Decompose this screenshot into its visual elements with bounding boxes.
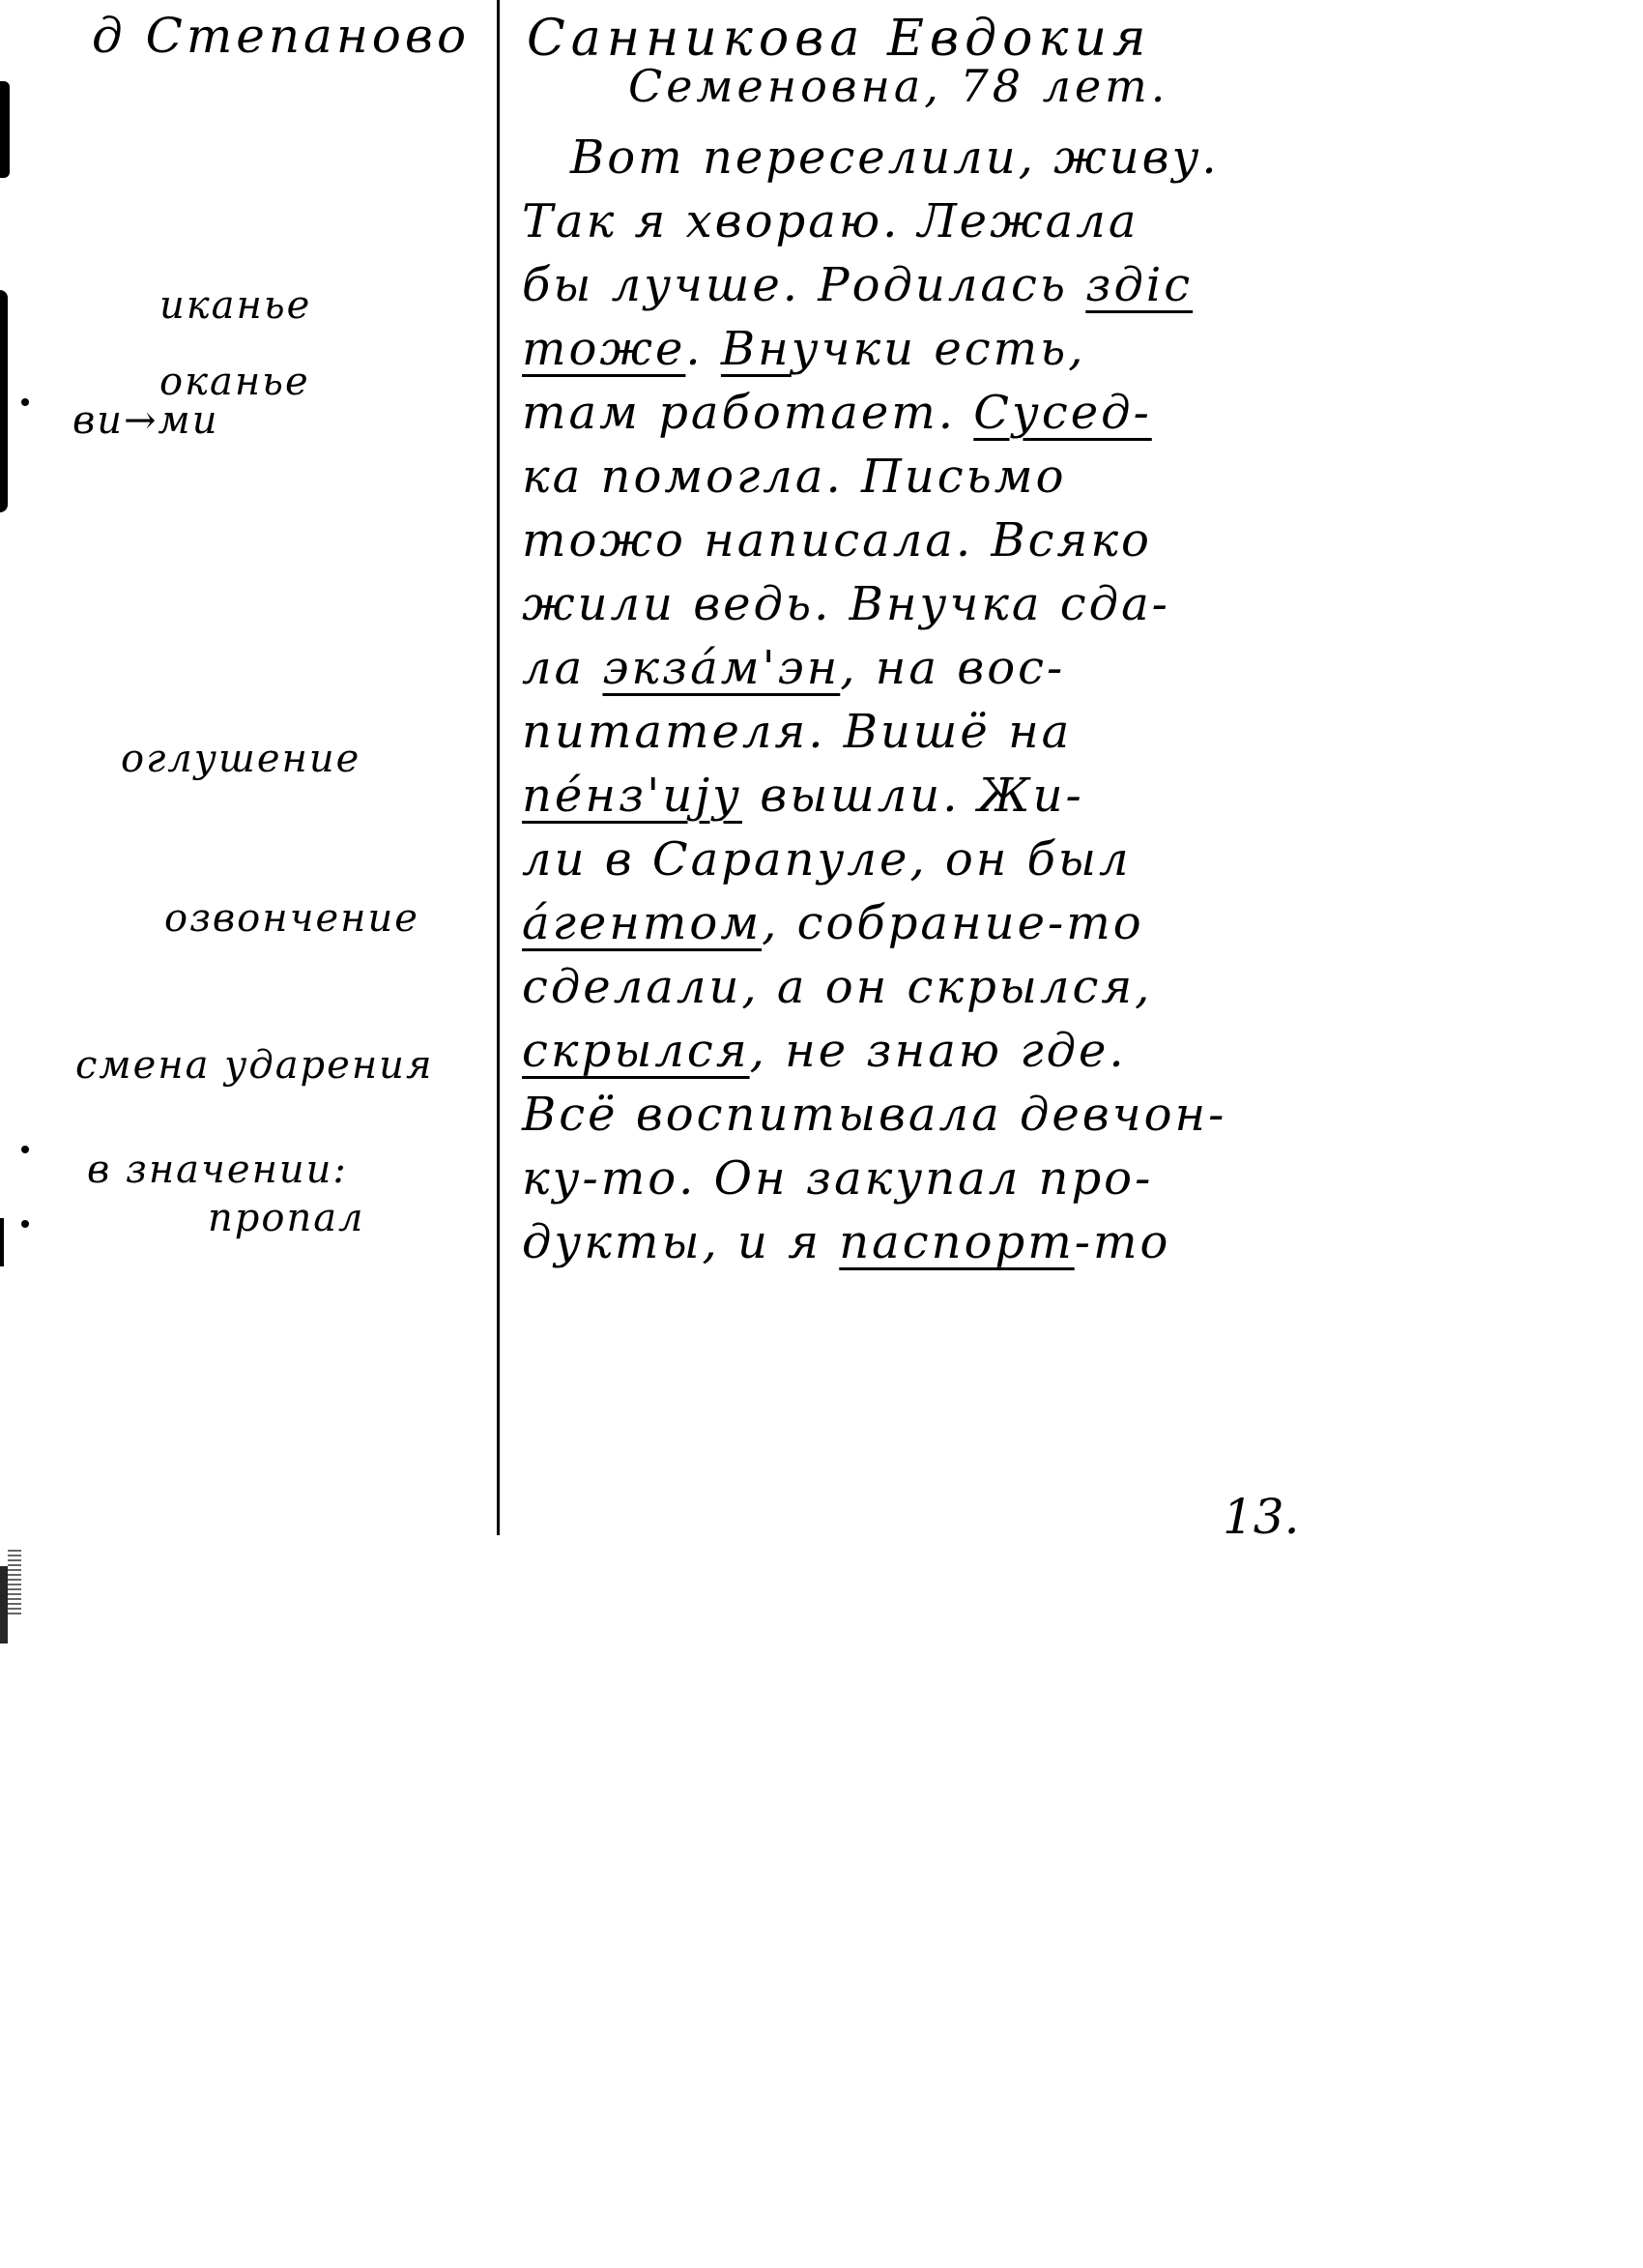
transcript-text: питателя. Вишё на xyxy=(522,705,1072,759)
scan-edge-artifact xyxy=(0,1566,8,1643)
speaker-patronymic-age: Семеновна, 78 лет. xyxy=(628,60,1168,112)
transcript-text: тожо написала. Всяко xyxy=(522,513,1152,567)
transcript-line: áгентом, собрание-то xyxy=(522,896,1144,950)
transcript-line: скрылся, не знаю где. xyxy=(522,1024,1127,1078)
transcript-line: пéнз'ију вышли. Жи- xyxy=(522,769,1084,823)
transcript-text: ку-то. Он закупал про- xyxy=(522,1151,1153,1206)
transcript-line: дукты, и я паспорт-то xyxy=(522,1215,1170,1269)
transcript-text: ли в Сарапуле, он был xyxy=(522,832,1132,887)
transcript-line: тоже. Внучки есть, xyxy=(522,322,1086,376)
transcript-line: Всё воспитывала девчон- xyxy=(522,1088,1226,1142)
margin-mark xyxy=(21,398,29,406)
transcript-text: бы лучше. Родилась xyxy=(522,258,1085,312)
underlined-dialect-word: áгентом xyxy=(522,896,762,950)
transcript-text: ла xyxy=(522,641,602,695)
transcript-line: тожо написала. Всяко xyxy=(522,513,1152,567)
margin-annotation: озвончение xyxy=(164,899,419,938)
transcript-text: там работает. xyxy=(522,386,973,440)
margin-annotation: оглушение xyxy=(121,740,360,778)
transcript-line: Вот переселили, живу. xyxy=(570,131,1220,185)
transcript-line: там работает. Сусед- xyxy=(522,386,1152,440)
transcript-text: вышли. Жи- xyxy=(742,769,1084,823)
underlined-dialect-word: тоже xyxy=(522,322,685,376)
transcript-line: Так я хвораю. Лежала xyxy=(522,194,1139,248)
scan-edge-artifact xyxy=(0,290,8,512)
transcript-line: ка помогла. Письмо xyxy=(522,450,1066,504)
underlined-dialect-word: пéнз'ију xyxy=(522,769,742,823)
column-divider xyxy=(497,0,500,1535)
margin-annotation: смена ударения xyxy=(75,1046,433,1085)
underlined-dialect-word: Вн xyxy=(721,322,792,376)
transcript-line: ли в Сарапуле, он был xyxy=(522,832,1132,887)
underlined-dialect-word: Сусед- xyxy=(973,386,1152,440)
margin-mark xyxy=(21,1146,29,1153)
place-name: д Степаново xyxy=(92,12,470,60)
margin-annotation: оканье xyxy=(159,363,310,401)
margin-annotation: иканье xyxy=(159,286,311,325)
underlined-dialect-word: экзáм'эн xyxy=(602,641,840,695)
transcript-text: , на вос- xyxy=(840,641,1065,695)
underlined-dialect-word: скрылся xyxy=(522,1024,750,1078)
scan-edge-artifact xyxy=(0,81,10,178)
transcript-line: ла экзáм'эн, на вос- xyxy=(522,641,1065,695)
transcript-text: дукты, и я xyxy=(522,1215,839,1269)
underlined-dialect-word: здiс xyxy=(1085,258,1193,312)
transcript-text: Вот переселили, живу. xyxy=(570,131,1220,185)
transcript-line: бы лучше. Родилась здiс xyxy=(522,258,1193,312)
transcript-text: Всё воспитывала девчон- xyxy=(522,1088,1226,1142)
transcript-text: сделали, а он скрылся, xyxy=(522,960,1152,1014)
transcript-line: питателя. Вишё на xyxy=(522,705,1072,759)
transcript-text: Так я хвораю. Лежала xyxy=(522,194,1139,248)
margin-annotation: в значении: xyxy=(87,1150,348,1189)
scanned-page: д Степаново иканьеоканьеви→миоглушениеоз… xyxy=(0,0,1643,2268)
transcript-text: учки есть, xyxy=(792,322,1086,376)
margin-mark xyxy=(21,1220,29,1228)
transcript-line: сделали, а он скрылся, xyxy=(522,960,1152,1014)
transcript-text: . xyxy=(685,322,721,376)
speaker-name: Санникова Евдокия xyxy=(527,10,1151,68)
transcript-line: ку-то. Он закупал про- xyxy=(522,1151,1153,1206)
scan-noise xyxy=(8,1547,21,1614)
transcript-text: -то xyxy=(1075,1215,1171,1269)
page-number: 13. xyxy=(1223,1489,1300,1545)
margin-annotation: пропал xyxy=(208,1199,365,1237)
underlined-dialect-word: паспорт xyxy=(839,1215,1074,1269)
transcript-text: жили ведь. Внучка сда- xyxy=(522,577,1170,631)
margin-annotation: ви→ми xyxy=(72,401,218,440)
transcript-line: жили ведь. Внучка сда- xyxy=(522,577,1170,631)
transcript-text: ка помогла. Письмо xyxy=(522,450,1066,504)
transcript-text: , собрание-то xyxy=(762,896,1144,950)
scan-edge-artifact xyxy=(0,1218,4,1266)
transcript-text: , не знаю где. xyxy=(750,1024,1127,1078)
